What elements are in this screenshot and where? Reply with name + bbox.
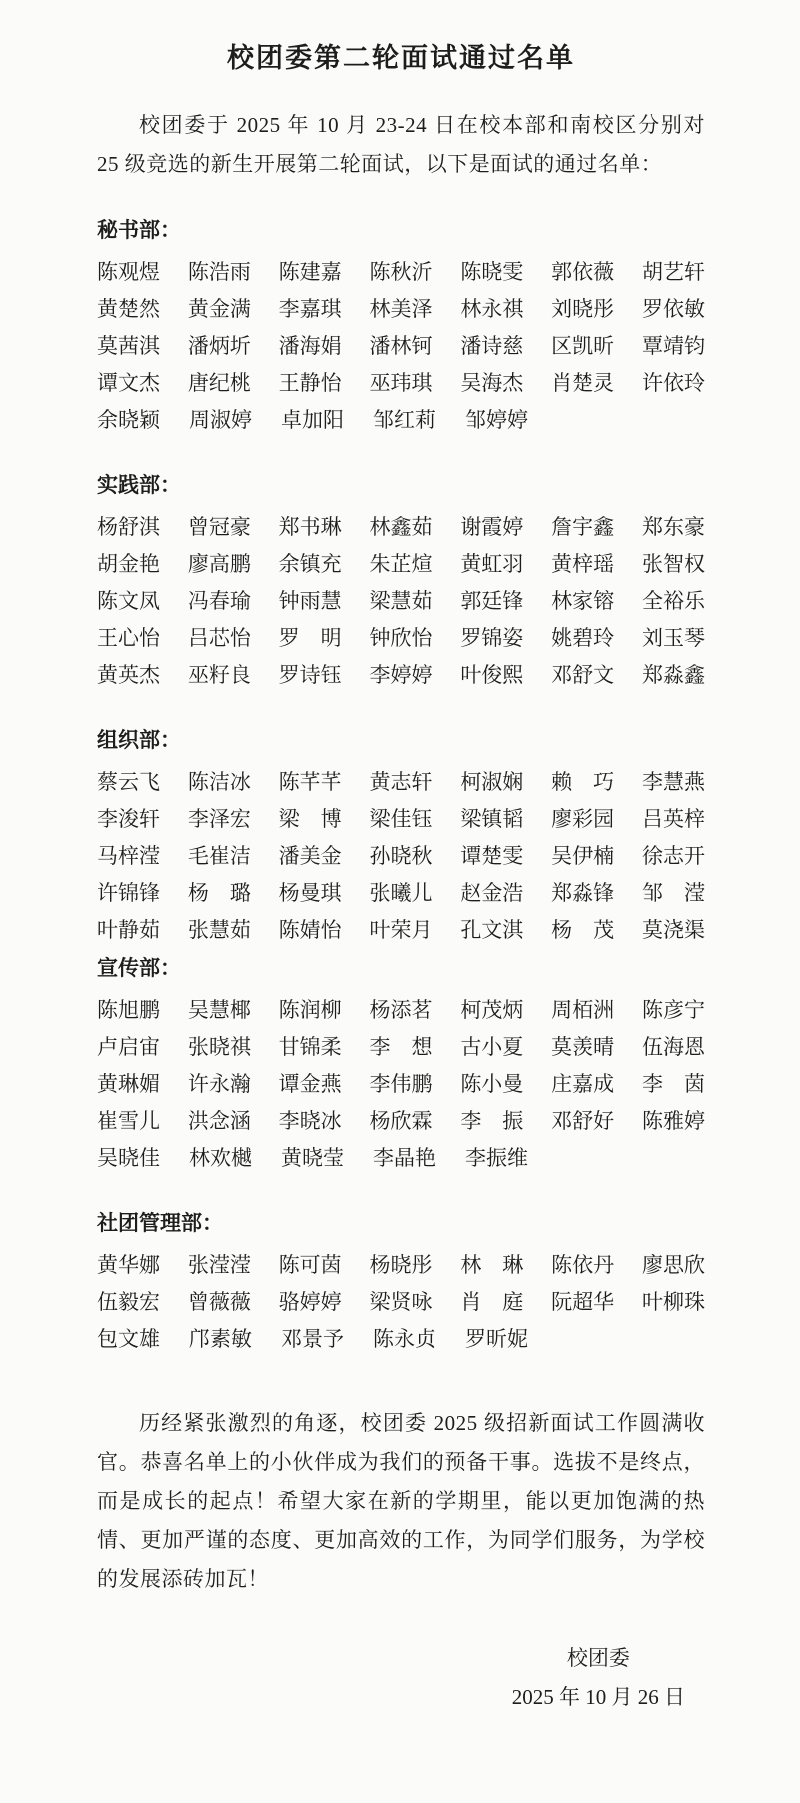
- person-name: 邹 滢: [642, 875, 705, 912]
- person-name: 巫玮琪: [369, 365, 432, 402]
- person-name: 李晓冰: [279, 1103, 342, 1140]
- name-row: 王心怡吕芯怡罗 明钟欣怡罗锦姿姚碧玲刘玉琴: [97, 620, 705, 657]
- person-name: 许永瀚: [188, 1066, 251, 1103]
- department-header: 秘书部：: [97, 212, 705, 249]
- person-name: 吴海杰: [460, 365, 523, 402]
- person-name: 陈芊芊: [279, 764, 342, 801]
- department-section: 秘书部：陈观煜陈浩雨陈建嘉陈秋沂陈晓雯郭依薇胡艺轩黄楚然黄金满李嘉琪林美泽林永祺…: [97, 212, 705, 439]
- person-name: 叶柳珠: [642, 1284, 705, 1321]
- person-name: 潘诗慈: [460, 328, 523, 365]
- person-name: 罗诗钰: [279, 657, 342, 694]
- name-row: 杨舒淇曾冠豪郑书琳林鑫茹谢霞婷詹宇鑫郑东豪: [97, 509, 705, 546]
- person-name: 柯淑娴: [460, 764, 523, 801]
- person-name: 李浚轩: [97, 801, 160, 838]
- person-name: 巫籽良: [188, 657, 251, 694]
- person-name: 柯茂炳: [460, 992, 523, 1029]
- signature-name: 校团委: [512, 1639, 685, 1678]
- person-name: 冯春瑜: [188, 583, 251, 620]
- person-name: 曾薇薇: [188, 1284, 251, 1321]
- person-name: 刘玉琴: [642, 620, 705, 657]
- person-name: 杨晓彤: [369, 1247, 432, 1284]
- person-name: 谭金燕: [279, 1066, 342, 1103]
- signature-block: 校团委 2025 年 10 月 26 日: [512, 1639, 685, 1717]
- person-name: 郑淼鑫: [642, 657, 705, 694]
- person-name: 陈旭鹏: [97, 992, 160, 1029]
- person-name: 黄英杰: [97, 657, 160, 694]
- department-section: 实践部：杨舒淇曾冠豪郑书琳林鑫茹谢霞婷詹宇鑫郑东豪胡金艳廖高鹏余镇充朱芷煊黄虹羽…: [97, 467, 705, 694]
- name-row: 陈文凤冯春瑜钟雨慧梁慧茹郭廷锋林家镕全裕乐: [97, 583, 705, 620]
- name-row: 叶静茹张慧茹陈婧怡叶荣月孔文淇杨 茂莫浇渠: [97, 912, 705, 949]
- person-name: 邓舒文: [551, 657, 614, 694]
- person-name: 伍毅宏: [97, 1284, 160, 1321]
- name-row: 伍毅宏曾薇薇骆婷婷梁贤咏肖 庭阮超华叶柳珠: [97, 1284, 705, 1321]
- name-row: 黄楚然黄金满李嘉琪林美泽林永祺刘晓彤罗依敏: [97, 291, 705, 328]
- person-name: 孔文淇: [460, 912, 523, 949]
- person-name: 谭文杰: [97, 365, 160, 402]
- person-name: 郑淼锋: [551, 875, 614, 912]
- person-name: 邹红莉: [373, 402, 436, 439]
- person-name: 陈永贞: [373, 1321, 436, 1358]
- name-row: 黄琳媚许永瀚谭金燕李伟鹏陈小曼庄嘉成李 茵: [97, 1066, 705, 1103]
- person-name: 周淑婷: [189, 402, 252, 439]
- person-name: 邝素敏: [189, 1321, 252, 1358]
- person-name: 潘林钶: [369, 328, 432, 365]
- department-section: 组织部：蔡云飞陈洁冰陈芊芊黄志轩柯淑娴赖 巧李慧燕李浚轩李泽宏梁 博梁佳钰梁镇韬…: [97, 722, 705, 949]
- name-row: 蔡云飞陈洁冰陈芊芊黄志轩柯淑娴赖 巧李慧燕: [97, 764, 705, 801]
- person-name: 胡金艳: [97, 546, 160, 583]
- person-name: 詹宇鑫: [551, 509, 614, 546]
- person-name: 叶荣月: [369, 912, 432, 949]
- person-name: 林美泽: [369, 291, 432, 328]
- person-name: 李婷婷: [369, 657, 432, 694]
- person-name: 黄志轩: [369, 764, 432, 801]
- person-name: 潘美金: [279, 838, 342, 875]
- person-name: 林欢樾: [189, 1140, 252, 1177]
- person-name: 李晶艳: [373, 1140, 436, 1177]
- person-name: 张晓祺: [188, 1029, 251, 1066]
- person-name: 莫浇渠: [642, 912, 705, 949]
- person-name: 陈小曼: [460, 1066, 523, 1103]
- person-name: 谢霞婷: [460, 509, 523, 546]
- page-title: 校团委第二轮面试通过名单: [97, 40, 705, 76]
- person-name: 谭楚雯: [460, 838, 523, 875]
- person-name: 黄晓莹: [281, 1140, 344, 1177]
- name-row: 许锦锋杨 璐杨曼琪张曦儿赵金浩郑淼锋邹 滢: [97, 875, 705, 912]
- person-name: 李 茵: [642, 1066, 705, 1103]
- person-name: 陈文凤: [97, 583, 160, 620]
- name-row: 包文雄邝素敏邓景予陈永贞罗昕妮: [97, 1321, 705, 1358]
- person-name: 黄金满: [188, 291, 251, 328]
- department-section: 社团管理部：黄华娜张滢滢陈可茵杨晓彤林 琳陈依丹廖思欣伍毅宏曾薇薇骆婷婷梁贤咏肖…: [97, 1205, 705, 1358]
- department-section: 宣传部：陈旭鹏吴慧椰陈润柳杨添茗柯茂炳周栢洲陈彦宁卢启宙张晓祺甘锦柔李 想古小夏…: [97, 950, 705, 1177]
- department-header: 实践部：: [97, 467, 705, 504]
- person-name: 李振维: [465, 1140, 528, 1177]
- name-row: 马梓滢毛崔洁潘美金孙晓秋谭楚雯吴伊楠徐志开: [97, 838, 705, 875]
- person-name: 廖高鹏: [188, 546, 251, 583]
- person-name: 吴伊楠: [551, 838, 614, 875]
- person-name: 许锦锋: [97, 875, 160, 912]
- name-row: 卢启宙张晓祺甘锦柔李 想古小夏莫羡晴伍海恩: [97, 1029, 705, 1066]
- person-name: 邓舒好: [551, 1103, 614, 1140]
- person-name: 钟欣怡: [369, 620, 432, 657]
- person-name: 梁贤咏: [369, 1284, 432, 1321]
- person-name: 毛崔洁: [188, 838, 251, 875]
- person-name: 胡艺轩: [642, 254, 705, 291]
- person-name: 吕芯怡: [188, 620, 251, 657]
- person-name: 郭依薇: [551, 254, 614, 291]
- person-name: 叶俊熙: [460, 657, 523, 694]
- person-name: 陈可茵: [279, 1247, 342, 1284]
- person-name: 洪念涵: [188, 1103, 251, 1140]
- person-name: 陈雅婷: [642, 1103, 705, 1140]
- person-name: 杨添茗: [369, 992, 432, 1029]
- person-name: 陈婧怡: [279, 912, 342, 949]
- person-name: 杨舒淇: [97, 509, 160, 546]
- person-name: 卓加阳: [281, 402, 344, 439]
- person-name: 陈依丹: [551, 1247, 614, 1284]
- person-name: 黄梓瑶: [551, 546, 614, 583]
- person-name: 莫茜淇: [97, 328, 160, 365]
- person-name: 杨 璐: [188, 875, 251, 912]
- person-name: 陈晓雯: [460, 254, 523, 291]
- person-name: 陈润柳: [279, 992, 342, 1029]
- person-name: 邹婷婷: [465, 402, 528, 439]
- person-name: 廖彩园: [551, 801, 614, 838]
- person-name: 余晓颖: [97, 402, 160, 439]
- person-name: 许依玲: [642, 365, 705, 402]
- person-name: 杨欣霖: [369, 1103, 432, 1140]
- person-name: 陈秋沂: [369, 254, 432, 291]
- document-page: 校团委第二轮面试通过名单 校团委于 2025 年 10 月 23-24 日在校本…: [0, 0, 800, 1803]
- person-name: 李 想: [369, 1029, 432, 1066]
- person-name: 邓景予: [281, 1321, 344, 1358]
- person-name: 阮超华: [551, 1284, 614, 1321]
- person-name: 罗昕妮: [465, 1321, 528, 1358]
- person-name: 林家镕: [551, 583, 614, 620]
- person-name: 李泽宏: [188, 801, 251, 838]
- person-name: 赖 巧: [551, 764, 614, 801]
- person-name: 罗 明: [279, 620, 342, 657]
- person-name: 余镇充: [279, 546, 342, 583]
- person-name: 黄琳媚: [97, 1066, 160, 1103]
- person-name: 伍海恩: [642, 1029, 705, 1066]
- name-row: 黄英杰巫籽良罗诗钰李婷婷叶俊熙邓舒文郑淼鑫: [97, 657, 705, 694]
- person-name: 叶静茹: [97, 912, 160, 949]
- person-name: 钟雨慧: [279, 583, 342, 620]
- name-row: 陈观煜陈浩雨陈建嘉陈秋沂陈晓雯郭依薇胡艺轩: [97, 254, 705, 291]
- person-name: 陈观煜: [97, 254, 160, 291]
- person-name: 庄嘉成: [551, 1066, 614, 1103]
- person-name: 李 振: [460, 1103, 523, 1140]
- person-name: 张慧茹: [188, 912, 251, 949]
- closing-paragraph: 历经紧张激烈的角逐，校团委 2025 级招新面试工作圆满收官。恭喜名单上的小伙伴…: [97, 1404, 705, 1599]
- person-name: 张滢滢: [188, 1247, 251, 1284]
- person-name: 罗锦姿: [460, 620, 523, 657]
- person-name: 李慧燕: [642, 764, 705, 801]
- person-name: 梁慧茹: [369, 583, 432, 620]
- person-name: 崔雪儿: [97, 1103, 160, 1140]
- person-name: 骆婷婷: [279, 1284, 342, 1321]
- person-name: 林 琳: [460, 1247, 523, 1284]
- person-name: 潘海娟: [279, 328, 342, 365]
- person-name: 包文雄: [97, 1321, 160, 1358]
- person-name: 黄虹羽: [460, 546, 523, 583]
- person-name: 黄楚然: [97, 291, 160, 328]
- person-name: 吕英梓: [642, 801, 705, 838]
- person-name: 卢启宙: [97, 1029, 160, 1066]
- person-name: 陈彦宁: [642, 992, 705, 1029]
- department-header: 社团管理部：: [97, 1205, 705, 1242]
- person-name: 唐纪桃: [188, 365, 251, 402]
- person-name: 区凯昕: [551, 328, 614, 365]
- name-row: 李浚轩李泽宏梁 博梁佳钰梁镇韬廖彩园吕英梓: [97, 801, 705, 838]
- person-name: 杨 茂: [551, 912, 614, 949]
- person-name: 梁佳钰: [369, 801, 432, 838]
- person-name: 王心怡: [97, 620, 160, 657]
- person-name: 梁 博: [279, 801, 342, 838]
- person-name: 陈洁冰: [188, 764, 251, 801]
- name-row: 崔雪儿洪念涵李晓冰杨欣霖李 振邓舒好陈雅婷: [97, 1103, 705, 1140]
- person-name: 梁镇韬: [460, 801, 523, 838]
- person-name: 张智权: [642, 546, 705, 583]
- person-name: 古小夏: [460, 1029, 523, 1066]
- person-name: 黄华娜: [97, 1247, 160, 1284]
- person-name: 赵金浩: [460, 875, 523, 912]
- person-name: 李嘉琪: [279, 291, 342, 328]
- person-name: 郑书琳: [279, 509, 342, 546]
- person-name: 莫羡晴: [551, 1029, 614, 1066]
- person-name: 刘晓彤: [551, 291, 614, 328]
- person-name: 周栢洲: [551, 992, 614, 1029]
- person-name: 蔡云飞: [97, 764, 160, 801]
- name-row: 黄华娜张滢滢陈可茵杨晓彤林 琳陈依丹廖思欣: [97, 1247, 705, 1284]
- person-name: 肖 庭: [460, 1284, 523, 1321]
- name-row: 陈旭鹏吴慧椰陈润柳杨添茗柯茂炳周栢洲陈彦宁: [97, 992, 705, 1029]
- person-name: 肖楚灵: [551, 365, 614, 402]
- person-name: 覃靖钧: [642, 328, 705, 365]
- person-name: 陈浩雨: [188, 254, 251, 291]
- person-name: 潘炳圻: [188, 328, 251, 365]
- department-header: 组织部：: [97, 722, 705, 759]
- person-name: 郭廷锋: [460, 583, 523, 620]
- department-header: 宣传部：: [97, 950, 705, 987]
- person-name: 李伟鹏: [369, 1066, 432, 1103]
- person-name: 马梓滢: [97, 838, 160, 875]
- person-name: 姚碧玲: [551, 620, 614, 657]
- person-name: 廖思欣: [642, 1247, 705, 1284]
- person-name: 林鑫茹: [369, 509, 432, 546]
- person-name: 朱芷煊: [369, 546, 432, 583]
- name-row: 余晓颖周淑婷卓加阳邹红莉邹婷婷: [97, 402, 705, 439]
- person-name: 甘锦柔: [279, 1029, 342, 1066]
- intro-paragraph: 校团委于 2025 年 10 月 23-24 日在校本部和南校区分别对 25 级…: [97, 106, 705, 184]
- person-name: 罗依敏: [642, 291, 705, 328]
- person-name: 王静怡: [279, 365, 342, 402]
- name-row: 吴晓佳林欢樾黄晓莹李晶艳李振维: [97, 1140, 705, 1177]
- person-name: 吴慧椰: [188, 992, 251, 1029]
- person-name: 林永祺: [460, 291, 523, 328]
- name-row: 胡金艳廖高鹏余镇充朱芷煊黄虹羽黄梓瑶张智权: [97, 546, 705, 583]
- department-list: 秘书部：陈观煜陈浩雨陈建嘉陈秋沂陈晓雯郭依薇胡艺轩黄楚然黄金满李嘉琪林美泽林永祺…: [97, 212, 705, 1358]
- person-name: 孙晓秋: [369, 838, 432, 875]
- name-row: 谭文杰唐纪桃王静怡巫玮琪吴海杰肖楚灵许依玲: [97, 365, 705, 402]
- person-name: 陈建嘉: [279, 254, 342, 291]
- person-name: 吴晓佳: [97, 1140, 160, 1177]
- person-name: 张曦儿: [369, 875, 432, 912]
- signature-date: 2025 年 10 月 26 日: [512, 1678, 685, 1717]
- person-name: 全裕乐: [642, 583, 705, 620]
- person-name: 杨曼琪: [279, 875, 342, 912]
- person-name: 郑东豪: [642, 509, 705, 546]
- person-name: 徐志开: [642, 838, 705, 875]
- person-name: 曾冠豪: [188, 509, 251, 546]
- name-row: 莫茜淇潘炳圻潘海娟潘林钶潘诗慈区凯昕覃靖钧: [97, 328, 705, 365]
